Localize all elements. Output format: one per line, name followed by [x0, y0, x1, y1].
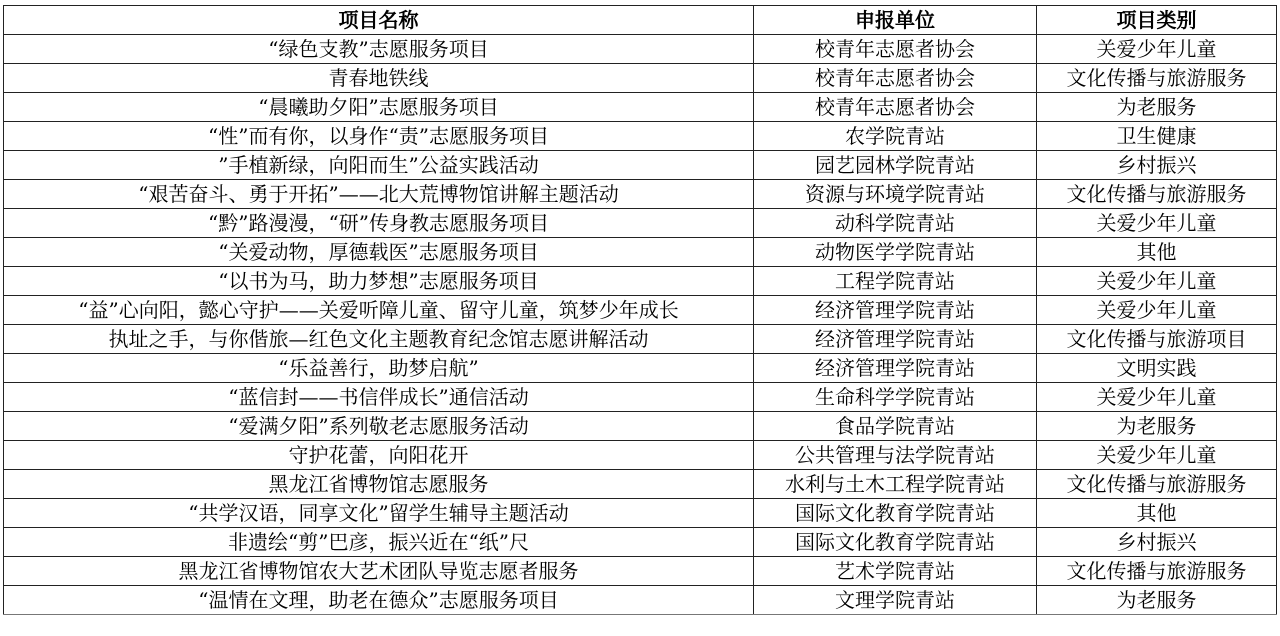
- cell-project-category: 文化传播与旅游服务: [1037, 180, 1277, 209]
- table-row: “以书为马，助力梦想”志愿服务项目 工程学院青站 关爱少年儿童: [4, 267, 1277, 296]
- cell-project-category: 为老服务: [1037, 412, 1277, 441]
- project-table-container: 项目名称 申报单位 项目类别 “绿色支教”志愿服务项目 校青年志愿者协会 关爱少…: [3, 5, 1277, 615]
- cell-applying-unit: 生命科学学院青站: [754, 383, 1037, 412]
- cell-applying-unit: 水利与土木工程学院青站: [754, 470, 1037, 499]
- cell-project-category: 为老服务: [1037, 93, 1277, 122]
- header-project-category: 项目类别: [1037, 6, 1277, 35]
- cell-applying-unit: 经济管理学院青站: [754, 296, 1037, 325]
- table-row: 执址之手，与你偕旅—红色文化主题教育纪念馆志愿讲解活动 经济管理学院青站 文化传…: [4, 325, 1277, 354]
- cell-project-category: 乡村振兴: [1037, 151, 1277, 180]
- cell-project-name: “爱满夕阳”系列敬老志愿服务活动: [4, 412, 754, 441]
- cell-project-name: “晨曦助夕阳”志愿服务项目: [4, 93, 754, 122]
- table-header-row: 项目名称 申报单位 项目类别: [4, 6, 1277, 35]
- table-row: “爱满夕阳”系列敬老志愿服务活动 食品学院青站 为老服务: [4, 412, 1277, 441]
- cell-project-category: 其他: [1037, 499, 1277, 528]
- cell-applying-unit: 公共管理与法学院青站: [754, 441, 1037, 470]
- cell-applying-unit: 资源与环境学院青站: [754, 180, 1037, 209]
- cell-project-name: 非遗绘“剪”巴彦，振兴近在“纸”尺: [4, 528, 754, 557]
- cell-applying-unit: 文理学院青站: [754, 586, 1037, 615]
- cell-applying-unit: 园艺园林学院青站: [754, 151, 1037, 180]
- cell-project-name: “关爱动物，厚德载医”志愿服务项目: [4, 238, 754, 267]
- cell-project-name: “共学汉语，同享文化”留学生辅导主题活动: [4, 499, 754, 528]
- table-row: “性”而有你，以身作“责”志愿服务项目 农学院青站 卫生健康: [4, 122, 1277, 151]
- cell-project-name: “艰苦奋斗、勇于开拓”——北大荒博物馆讲解主题活动: [4, 180, 754, 209]
- cell-project-name: 守护花蕾，向阳花开: [4, 441, 754, 470]
- cell-project-name: “绿色支教”志愿服务项目: [4, 35, 754, 64]
- cell-project-name: “以书为马，助力梦想”志愿服务项目: [4, 267, 754, 296]
- cell-applying-unit: 动科学院青站: [754, 209, 1037, 238]
- cell-applying-unit: 农学院青站: [754, 122, 1037, 151]
- cell-project-category: 乡村振兴: [1037, 528, 1277, 557]
- cell-project-name: 执址之手，与你偕旅—红色文化主题教育纪念馆志愿讲解活动: [4, 325, 754, 354]
- table-row: “乐益善行，助梦启航” 经济管理学院青站 文明实践: [4, 354, 1277, 383]
- cell-project-category: 关爱少年儿童: [1037, 267, 1277, 296]
- table-row: “黔”路漫漫，“研”传身教志愿服务项目 动科学院青站 关爱少年儿童: [4, 209, 1277, 238]
- table-row: 守护花蕾，向阳花开 公共管理与法学院青站 关爱少年儿童: [4, 441, 1277, 470]
- cell-project-name: “乐益善行，助梦启航”: [4, 354, 754, 383]
- table-row: “共学汉语，同享文化”留学生辅导主题活动 国际文化教育学院青站 其他: [4, 499, 1277, 528]
- cell-project-category: 关爱少年儿童: [1037, 441, 1277, 470]
- table-row: 非遗绘“剪”巴彦，振兴近在“纸”尺 国际文化教育学院青站 乡村振兴: [4, 528, 1277, 557]
- cell-applying-unit: 经济管理学院青站: [754, 354, 1037, 383]
- cell-project-category: 文化传播与旅游服务: [1037, 557, 1277, 586]
- header-applying-unit: 申报单位: [754, 6, 1037, 35]
- cell-project-category: 关爱少年儿童: [1037, 296, 1277, 325]
- cell-applying-unit: 动物医学学院青站: [754, 238, 1037, 267]
- table-row: “温情在文理，助老在德众”志愿服务项目 文理学院青站 为老服务: [4, 586, 1277, 615]
- cell-project-category: 关爱少年儿童: [1037, 35, 1277, 64]
- cell-project-category: 为老服务: [1037, 586, 1277, 615]
- cell-applying-unit: 校青年志愿者协会: [754, 93, 1037, 122]
- project-table: 项目名称 申报单位 项目类别 “绿色支教”志愿服务项目 校青年志愿者协会 关爱少…: [3, 5, 1277, 615]
- cell-applying-unit: 工程学院青站: [754, 267, 1037, 296]
- cell-project-category: 关爱少年儿童: [1037, 383, 1277, 412]
- cell-project-category: 文化传播与旅游服务: [1037, 64, 1277, 93]
- cell-project-category: 关爱少年儿童: [1037, 209, 1277, 238]
- cell-project-name: “黔”路漫漫，“研”传身教志愿服务项目: [4, 209, 754, 238]
- table-row: 青春地铁线 校青年志愿者协会 文化传播与旅游服务: [4, 64, 1277, 93]
- table-row: 黑龙江省博物馆农大艺术团队导览志愿者服务 艺术学院青站 文化传播与旅游服务: [4, 557, 1277, 586]
- cell-project-name: “益”心向阳，懿心守护——关爱听障儿童、留守儿童，筑梦少年成长: [4, 296, 754, 325]
- table-row: “艰苦奋斗、勇于开拓”——北大荒博物馆讲解主题活动 资源与环境学院青站 文化传播…: [4, 180, 1277, 209]
- cell-project-name: 黑龙江省博物馆志愿服务: [4, 470, 754, 499]
- cell-applying-unit: 艺术学院青站: [754, 557, 1037, 586]
- table-row: “益”心向阳，懿心守护——关爱听障儿童、留守儿童，筑梦少年成长 经济管理学院青站…: [4, 296, 1277, 325]
- table-row: “晨曦助夕阳”志愿服务项目 校青年志愿者协会 为老服务: [4, 93, 1277, 122]
- cell-project-category: 文化传播与旅游服务: [1037, 470, 1277, 499]
- cell-applying-unit: 食品学院青站: [754, 412, 1037, 441]
- cell-project-category: 卫生健康: [1037, 122, 1277, 151]
- cell-project-name: “性”而有你，以身作“责”志愿服务项目: [4, 122, 754, 151]
- table-row: 黑龙江省博物馆志愿服务 水利与土木工程学院青站 文化传播与旅游服务: [4, 470, 1277, 499]
- cell-applying-unit: 经济管理学院青站: [754, 325, 1037, 354]
- table-row: “关爱动物，厚德载医”志愿服务项目 动物医学学院青站 其他: [4, 238, 1277, 267]
- table-row: “蓝信封——书信伴成长”通信活动 生命科学学院青站 关爱少年儿童: [4, 383, 1277, 412]
- cell-project-name: 黑龙江省博物馆农大艺术团队导览志愿者服务: [4, 557, 754, 586]
- cell-applying-unit: 校青年志愿者协会: [754, 64, 1037, 93]
- cell-applying-unit: 国际文化教育学院青站: [754, 499, 1037, 528]
- cell-project-name: “蓝信封——书信伴成长”通信活动: [4, 383, 754, 412]
- cell-project-name: “温情在文理，助老在德众”志愿服务项目: [4, 586, 754, 615]
- header-project-name: 项目名称: [4, 6, 754, 35]
- table-row: ”手植新绿，向阳而生”公益实践活动 园艺园林学院青站 乡村振兴: [4, 151, 1277, 180]
- table-row: “绿色支教”志愿服务项目 校青年志愿者协会 关爱少年儿童: [4, 35, 1277, 64]
- cell-project-name: 青春地铁线: [4, 64, 754, 93]
- cell-project-category: 其他: [1037, 238, 1277, 267]
- cell-applying-unit: 国际文化教育学院青站: [754, 528, 1037, 557]
- cell-project-name: ”手植新绿，向阳而生”公益实践活动: [4, 151, 754, 180]
- cell-project-category: 文化传播与旅游项目: [1037, 325, 1277, 354]
- cell-project-category: 文明实践: [1037, 354, 1277, 383]
- cell-applying-unit: 校青年志愿者协会: [754, 35, 1037, 64]
